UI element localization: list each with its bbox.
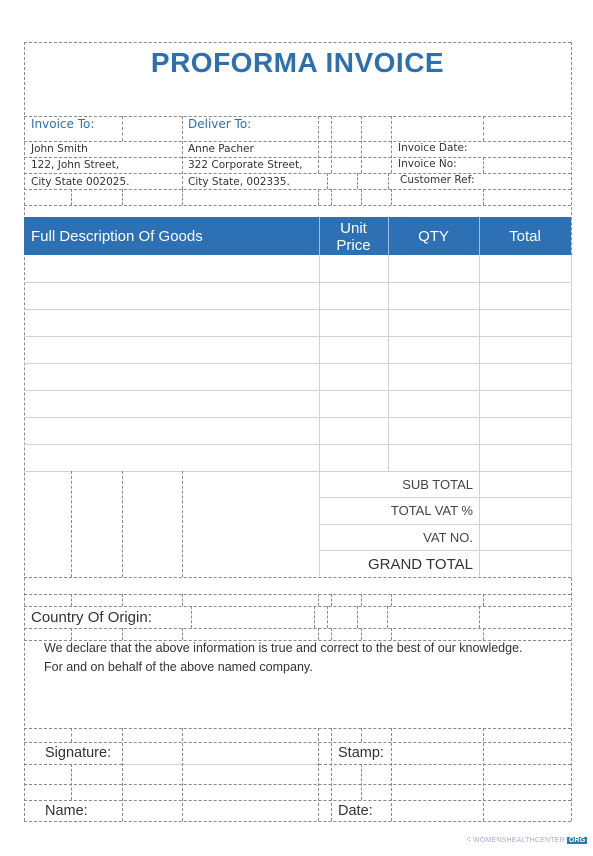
cell-description[interactable] — [25, 337, 319, 363]
stamp-field[interactable] — [392, 743, 571, 764]
invoice-to-address-line2[interactable]: City State 002025. — [31, 176, 129, 188]
cell-unit-price[interactable] — [320, 418, 388, 444]
cell-qty[interactable] — [389, 256, 479, 282]
cell-total[interactable] — [480, 256, 571, 282]
border-bottom — [24, 821, 571, 822]
grid-line — [479, 606, 480, 628]
invoice-no-label: Invoice No: — [398, 158, 457, 170]
grid-line — [331, 594, 332, 606]
cell-total[interactable] — [480, 283, 571, 309]
column-header-unit-price: Unit Price — [319, 220, 388, 254]
unit-price-line2: Price — [319, 237, 388, 254]
grid-line — [357, 606, 358, 628]
grid-line — [122, 189, 123, 205]
cell-description[interactable] — [25, 310, 319, 336]
grid-line — [483, 116, 484, 141]
grid-line — [182, 628, 183, 640]
divider — [24, 173, 571, 174]
page-title: PROFORMA INVOICE — [24, 47, 571, 79]
row-divider — [24, 363, 571, 364]
invoice-to-label: Invoice To: — [31, 117, 94, 131]
grid-line — [71, 628, 72, 640]
grid-line — [391, 189, 392, 205]
cell-total[interactable] — [480, 418, 571, 444]
row-divider — [24, 309, 571, 310]
invoice-date-label: Invoice Date: — [398, 142, 468, 154]
country-of-origin-label: Country Of Origin: — [31, 609, 152, 626]
divider — [24, 189, 571, 190]
divider — [24, 205, 571, 206]
grid-line — [327, 173, 328, 189]
cell-description[interactable] — [25, 391, 319, 417]
border-top — [24, 42, 571, 43]
cell-total[interactable] — [480, 445, 571, 471]
grid-line — [361, 594, 362, 606]
grid-line — [71, 728, 72, 742]
stamp-label: Stamp: — [338, 745, 384, 761]
cell-total[interactable] — [480, 310, 571, 336]
grid-line — [318, 728, 319, 821]
cell-unit-price[interactable] — [320, 256, 388, 282]
watermark-logo: ⁖ WOMENSHEALTHCENTERORG — [466, 835, 587, 844]
grid-line — [331, 628, 332, 640]
grid-line — [318, 116, 319, 173]
cell-qty[interactable] — [389, 364, 479, 390]
cell-qty[interactable] — [389, 283, 479, 309]
grid-line — [71, 189, 72, 205]
grid-line — [388, 173, 389, 189]
cell-qty[interactable] — [389, 418, 479, 444]
unit-price-line1: Unit — [319, 220, 388, 237]
column-header-qty: QTY — [388, 228, 479, 245]
divider — [122, 764, 319, 765]
cell-qty[interactable] — [389, 391, 479, 417]
column-divider — [479, 255, 480, 471]
grid-line — [391, 628, 392, 640]
sub-total-value[interactable] — [480, 472, 570, 497]
sub-total-label: SUB TOTAL — [402, 477, 473, 492]
grid-line — [71, 471, 72, 577]
grid-line — [314, 606, 315, 628]
cell-description[interactable] — [25, 364, 319, 390]
divider — [24, 594, 571, 595]
divider — [24, 764, 122, 765]
divider — [24, 728, 571, 729]
name-field[interactable] — [123, 801, 318, 821]
grid-line — [122, 594, 123, 606]
cell-qty[interactable] — [389, 445, 479, 471]
divider — [24, 116, 571, 117]
divider — [319, 764, 571, 765]
watermark-suffix: ORG — [567, 837, 588, 844]
invoice-to-name[interactable]: John Smith — [31, 143, 88, 155]
grid-line — [122, 116, 123, 141]
country-of-origin-field[interactable] — [192, 607, 314, 628]
column-header-total: Total — [479, 228, 571, 245]
cell-unit-price[interactable] — [320, 445, 388, 471]
total-vat-label: TOTAL VAT % — [391, 503, 473, 518]
cell-unit-price[interactable] — [320, 364, 388, 390]
row-divider — [24, 390, 571, 391]
date-field[interactable] — [392, 801, 571, 821]
column-header-description: Full Description Of Goods — [31, 228, 203, 245]
customer-ref-label: Customer Ref: — [400, 174, 474, 186]
grid-line — [319, 471, 320, 577]
invoice-to-address-line1[interactable]: 122, John Street, — [31, 159, 119, 171]
signature-field[interactable] — [123, 743, 318, 764]
grid-line — [318, 189, 319, 205]
cell-description[interactable] — [25, 283, 319, 309]
column-divider — [319, 255, 320, 471]
grid-line — [361, 116, 362, 173]
grid-line — [331, 189, 332, 205]
grid-line — [483, 157, 484, 173]
grid-line — [182, 594, 183, 606]
cell-total[interactable] — [480, 337, 571, 363]
grid-line — [483, 189, 484, 205]
grid-line — [71, 594, 72, 606]
cell-qty[interactable] — [389, 310, 479, 336]
cell-unit-price[interactable] — [320, 310, 388, 336]
cell-unit-price[interactable] — [320, 337, 388, 363]
watermark-text: WOMENSHEALTHCENTER — [473, 837, 565, 844]
cell-qty[interactable] — [389, 337, 479, 363]
grid-line — [483, 594, 484, 606]
cell-unit-price[interactable] — [320, 283, 388, 309]
grid-line — [71, 764, 72, 800]
grid-line — [182, 189, 183, 205]
name-label: Name: — [45, 803, 88, 819]
divider — [24, 141, 571, 142]
deliver-to-address-line2[interactable]: City State, 002335. — [188, 176, 290, 188]
grid-line — [391, 594, 392, 606]
row-divider — [24, 417, 571, 418]
grid-line — [331, 116, 332, 173]
cell-total[interactable] — [480, 364, 571, 390]
cell-description[interactable] — [25, 418, 319, 444]
grid-line — [327, 606, 328, 628]
row-divider — [24, 444, 571, 445]
row-divider — [24, 336, 571, 337]
divider — [24, 577, 571, 578]
row-divider — [24, 282, 571, 283]
grid-line — [318, 594, 319, 606]
column-divider — [388, 255, 389, 471]
divider — [24, 157, 571, 158]
grand-total-label: GRAND TOTAL — [368, 556, 473, 573]
vat-no-value[interactable] — [480, 525, 570, 550]
grid-line — [318, 628, 319, 640]
divider — [24, 784, 571, 785]
divider — [24, 628, 571, 629]
deliver-to-address-line1[interactable]: 322 Corporate Street, — [188, 159, 302, 171]
grid-line — [483, 628, 484, 640]
grid-line — [182, 116, 183, 189]
cell-description[interactable] — [25, 445, 319, 471]
signature-label: Signature: — [45, 745, 111, 761]
declaration-line2: For and on behalf of the above named com… — [44, 660, 313, 674]
grid-line — [391, 116, 392, 173]
grid-line — [387, 606, 388, 628]
grid-line — [122, 628, 123, 640]
total-vat-value[interactable] — [480, 498, 570, 523]
dots-icon: ⁖ — [466, 835, 471, 844]
vat-no-label: VAT NO. — [423, 530, 473, 545]
grid-line — [357, 173, 358, 189]
cell-unit-price[interactable] — [320, 391, 388, 417]
grid-line — [361, 189, 362, 205]
cell-description[interactable] — [25, 256, 319, 282]
column-divider — [571, 255, 572, 471]
declaration-line1: We declare that the above information is… — [44, 641, 523, 655]
grid-line — [122, 471, 123, 577]
grid-line — [331, 728, 332, 821]
cell-total[interactable] — [480, 391, 571, 417]
grand-total-value[interactable] — [480, 551, 570, 577]
date-label: Date: — [338, 803, 373, 819]
deliver-to-name[interactable]: Anne Pacher — [188, 143, 254, 155]
grid-line — [361, 628, 362, 640]
grid-line — [182, 471, 183, 577]
grid-line — [361, 764, 362, 800]
grid-line — [361, 728, 362, 742]
deliver-to-label: Deliver To: — [188, 117, 251, 131]
grid-line — [571, 471, 572, 577]
